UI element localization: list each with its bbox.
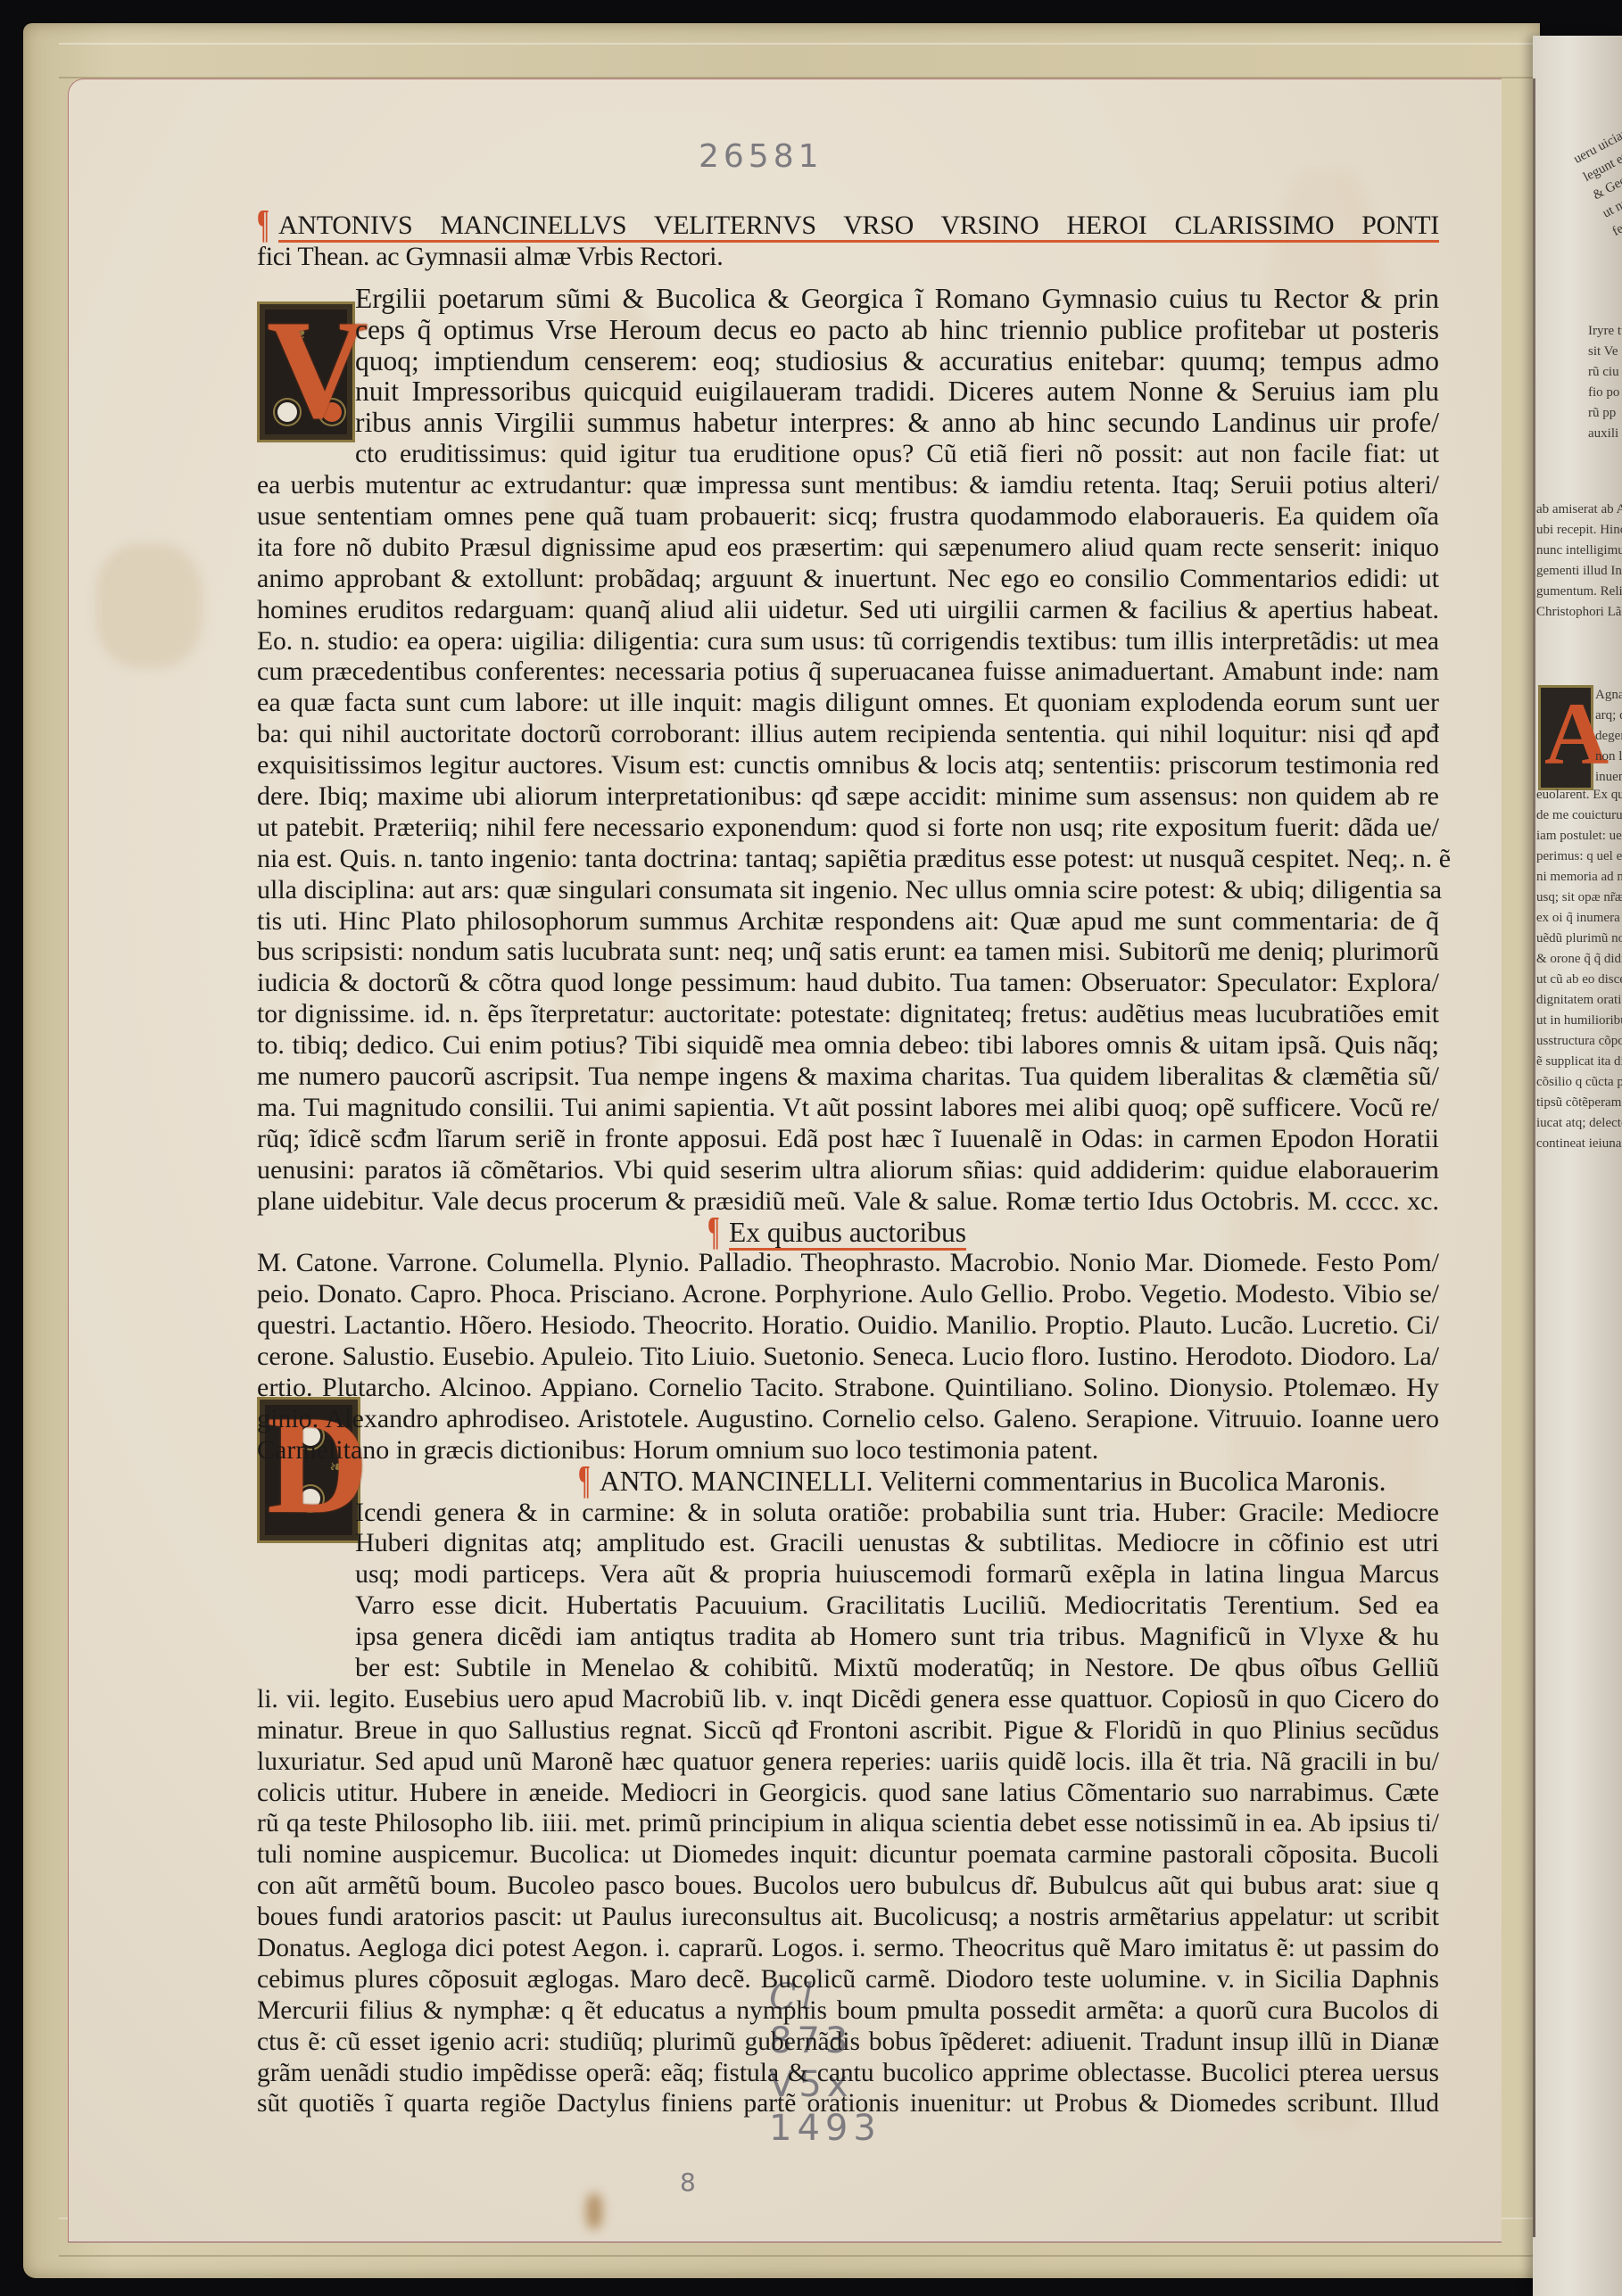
text-line: cto eruditissimus: quid igitur tua erudi… (257, 439, 1439, 470)
text-line: nia est. Quis. n. tanto ingenio: tanta d… (257, 844, 1439, 875)
text-line: exquisitissimos legitur auctores. Visum … (257, 750, 1439, 781)
text-line: rũ pp (1588, 403, 1622, 424)
facing-page-text-mid2: ab amiserat ab Asin ubi recepit. Hinc g … (1536, 500, 1622, 623)
text-line: usstructura cõpositur (1536, 1031, 1622, 1052)
text-line: peio. Donato. Capro. Phoca. Prisciano. A… (257, 1279, 1439, 1310)
text-line: Carmelitano in græcis dictionibus: Horum… (257, 1435, 1439, 1466)
text-line: sit Ve (1588, 342, 1622, 362)
dedication-heading: ¶ANTONIVS MANCINELLVS VELITERNVS VRSO VR… (257, 211, 1439, 242)
text-line: ipsa genera dicẽdi iam antiqtus tradita … (257, 1622, 1439, 1653)
text-line: ea quæ facta sunt cum labore: ut ille in… (257, 688, 1439, 719)
text-line: Christophori Lãdin (1536, 602, 1622, 623)
text-line: tis uti. Hinc Plato philosophorum summus… (257, 906, 1439, 937)
facing-page-initial: A (1538, 685, 1593, 790)
text-line: ctus ẽ: cũ esset igenio acri: studiũq; p… (257, 2027, 1439, 2058)
facing-page-text-initial: Agnas arq; di degene non la inuen (1595, 685, 1622, 788)
text-line: perimus: q uel ex oi (1536, 847, 1622, 867)
text-line: ribus annis Virgilii summus habetur inte… (257, 408, 1439, 439)
text-line: ANTONIVS MANCINELLVS VELITERNVS VRSO VRS… (278, 211, 1439, 243)
text-line: Donatus. Aegloga dici potest Aegon. i. c… (257, 1933, 1439, 1964)
text-line: uenusini: paratos iã cõmẽtarios. Vbi qui… (257, 1155, 1439, 1186)
text-line: fio po (1588, 383, 1622, 403)
rubric-paragraph-mark: ¶ (708, 1218, 717, 1244)
text-line: ut patebit. Præteriiq; nihil fere necess… (257, 813, 1439, 844)
text-line: uẽdũ plurimũ nobis (1536, 929, 1622, 949)
text-line: contineat ieiuna siccitas (1536, 1134, 1622, 1154)
accession-number: 26581 (699, 138, 823, 175)
text-line: gumentum. Reliquar (1536, 582, 1622, 602)
rubric-paragraph-mark: ¶ (257, 211, 267, 237)
text-line: ulla disciplina: aut ars: quæ singulari … (257, 875, 1439, 906)
commentary-heading: ¶ANTO. MANCINELLI. Veliterni commentariu… (257, 1466, 1439, 1498)
text-line: usue sententiam omnes pene quã tuam prob… (257, 501, 1439, 533)
text-line: ut in humilioribus p (1536, 1011, 1622, 1031)
text-line: cerone. Salustio. Eusebio. Apuleio. Tito… (257, 1342, 1439, 1373)
text-line: de me couicturum e (1536, 805, 1622, 826)
text-line: nunc intelligimus: ci (1536, 541, 1622, 561)
text-line: ni memoria ad nr̃a (1536, 867, 1622, 888)
text-line: ginio. Alexandro aphrodiseo. Aristotele.… (257, 1404, 1439, 1435)
text-line: ANTO. MANCINELLI. Veliterni commentarius… (600, 1466, 1386, 1497)
text-line: ab amiserat ab Asin (1536, 500, 1622, 520)
text-line: tor dignissime. id. n. ẽps ĩterpretatur:… (257, 999, 1439, 1030)
gutter-crease (1533, 78, 1535, 2237)
text-line: tuli nomine auspicemur. Bucolica: ut Dio… (257, 1839, 1439, 1871)
text-line: ẽ supplicat ita dicẽdi g (1536, 1052, 1622, 1072)
text-line: me numero paucorũ ascripsit. Tua nempe i… (257, 1061, 1439, 1093)
text-line: usq; modi particeps. Vera aũt & propria … (257, 1559, 1439, 1590)
text-line: ceps q̃ optimus Vrse Heroum decus eo pac… (257, 315, 1439, 346)
text-line: bus scripsisti: nondum satis lucubrata s… (257, 937, 1439, 968)
text-line: ba: qui nihil auctoritate doctorũ corrob… (257, 719, 1439, 750)
text-line: Agnas (1595, 685, 1622, 706)
text-line: tipsũ cõtẽperamẽto ita (1536, 1093, 1622, 1113)
text-line: ertio. Plutarcho. Alcinoo. Appiano. Corn… (257, 1373, 1439, 1404)
foxing-stain (95, 543, 203, 668)
text-line: grãm uenãdi studio impẽdisse operã: eãq;… (257, 2058, 1439, 2089)
text-line: cõsilio q cũcta pstringat (1536, 1072, 1622, 1093)
text-line: luxuriatur. Sed apud unũ Maronẽ hæc quat… (257, 1747, 1439, 1778)
text-line: ea uerbis mutentur ac extrudantur: quæ i… (257, 470, 1439, 501)
text-line: boues fundi aratorios pascit: ut Paulus … (257, 1902, 1439, 1933)
text-line: cebimus plures cõposuit æglogas. Maro de… (257, 1964, 1439, 1995)
signature-mark: 8 (680, 2168, 701, 2197)
text-line: ber est: Subtile in Menelao & cohibitũ. … (257, 1653, 1439, 1684)
text-line: quoq; imptiendum censerem: eoq; studiosi… (257, 346, 1439, 377)
rubric-paragraph-mark: ¶ (578, 1466, 588, 1493)
text-line: ubi recepit. Hinc g (1536, 520, 1622, 541)
text-line: Huberi dignitas atq; amplitudo est. Grac… (257, 1528, 1439, 1559)
dedication-heading-line2: fici Thean. ac Gymnasii almæ Vrbis Recto… (257, 242, 1439, 273)
text-line: ex oi q̃ inumera per (1536, 908, 1622, 929)
text-line: sũt quotiẽs ĩ quarta regiõe Dactylus fin… (257, 2088, 1439, 2119)
text-line: Iryre tu (1588, 321, 1622, 342)
text-line: ut cũ ab eo discesseris (1536, 970, 1622, 990)
text-block: ¶ANTONIVS MANCINELLVS VELITERNVS VRSO VR… (257, 211, 1439, 2119)
facing-page-text-bottom: euolarent. Ex quibus de me couicturum e … (1536, 785, 1622, 1154)
sources-heading: ¶Ex quibus auctoribus (257, 1218, 1439, 1249)
facing-page-text-mid: Iryre tu sit Ve rũ ciu fio po rũ pp auxi… (1588, 321, 1622, 444)
text-line: gementi illud Innum (1536, 561, 1622, 582)
ink-spot (586, 2193, 602, 2229)
text-line: ma. Tui magnitudo consilii. Tui animi sa… (257, 1093, 1439, 1124)
commentary-body: Icendi genera & in carmine: & in soluta … (257, 1498, 1439, 2120)
text-line: non la (1595, 747, 1622, 767)
text-line: plane uidebitur. Vale decus procerum & p… (257, 1186, 1439, 1218)
text-line: ita fore nõ dubito Præsul dignissime apu… (257, 533, 1439, 564)
text-line: iam postulet: uerum (1536, 826, 1622, 847)
text-line: & orone q̃ q̃ didiceri (1536, 949, 1622, 970)
text-line: rũ qa teste Philosopho lib. iiii. met. p… (257, 1808, 1439, 1839)
text-line: homines eruditos redarguam: quanq̃ aliud… (257, 595, 1439, 626)
text-line: Ex quibus auctoribus (729, 1217, 966, 1251)
text-line: li. vii. legito. Eusebius uero apud Macr… (257, 1684, 1439, 1715)
text-line: iucat atq; delectet. Nã (1536, 1113, 1622, 1134)
text-line: iudicia & doctorũ & cõtra quod longe pes… (257, 968, 1439, 999)
text-line: rũ ciu (1588, 362, 1622, 383)
text-line: dignitatem orationi a (1536, 990, 1622, 1011)
text-line: arq; di (1595, 706, 1622, 726)
dedication-body: Ergilii poetarum sũmi & Bucolica & Georg… (257, 284, 1439, 1218)
sources-list: M. Catone. Varrone. Columella. Plynio. P… (257, 1248, 1439, 1466)
text-line: to. tibiq; dedico. Cui enim potius? Tibi… (257, 1030, 1439, 1061)
text-line: minatur. Breue in quo Sallustius regnat.… (257, 1715, 1439, 1747)
text-line: euolarent. Ex quibus (1536, 785, 1622, 805)
text-line: dere. Ibiq; maxime ubi aliorum interpret… (257, 781, 1439, 813)
text-line: con aũt armẽtũ boum. Bucoleo pasco boues… (257, 1871, 1439, 1902)
text-line: auxili (1588, 424, 1622, 444)
text-line: Varro esse dicit. Hubertatis Pacuuium. G… (257, 1590, 1439, 1622)
text-line: Eo. n. studio: ea opera: uigilia: dilige… (257, 626, 1439, 657)
text-line: degene (1595, 726, 1622, 747)
text-line: usq; sit opæ nr̃æ p (1536, 888, 1622, 908)
text-line: Ergilii poetarum sũmi & Bucolica & Georg… (257, 284, 1439, 315)
text-line: rũq; ĩdicẽ scđm lĩarum seriẽ in fronte a… (257, 1124, 1439, 1155)
text-line: nuit Impressoribus quicquid euigilaueram… (257, 376, 1439, 408)
text-line: animo approbant & extollunt: probãdaq; a… (257, 564, 1439, 595)
text-line: colicis utitur. Hubere in æneide. Medioc… (257, 1778, 1439, 1809)
text-line: Icendi genera & in carmine: & in soluta … (257, 1498, 1439, 1529)
text-line: cum præcedentibus conferentes: necessari… (257, 657, 1439, 688)
text-line: questri. Lactantio. Hõero. Hesiodo. Theo… (257, 1310, 1439, 1342)
text-line: M. Catone. Varrone. Columella. Plynio. P… (257, 1248, 1439, 1279)
text-line: Mercurii filius & nymphæ: q ẽt educatus … (257, 1995, 1439, 2027)
